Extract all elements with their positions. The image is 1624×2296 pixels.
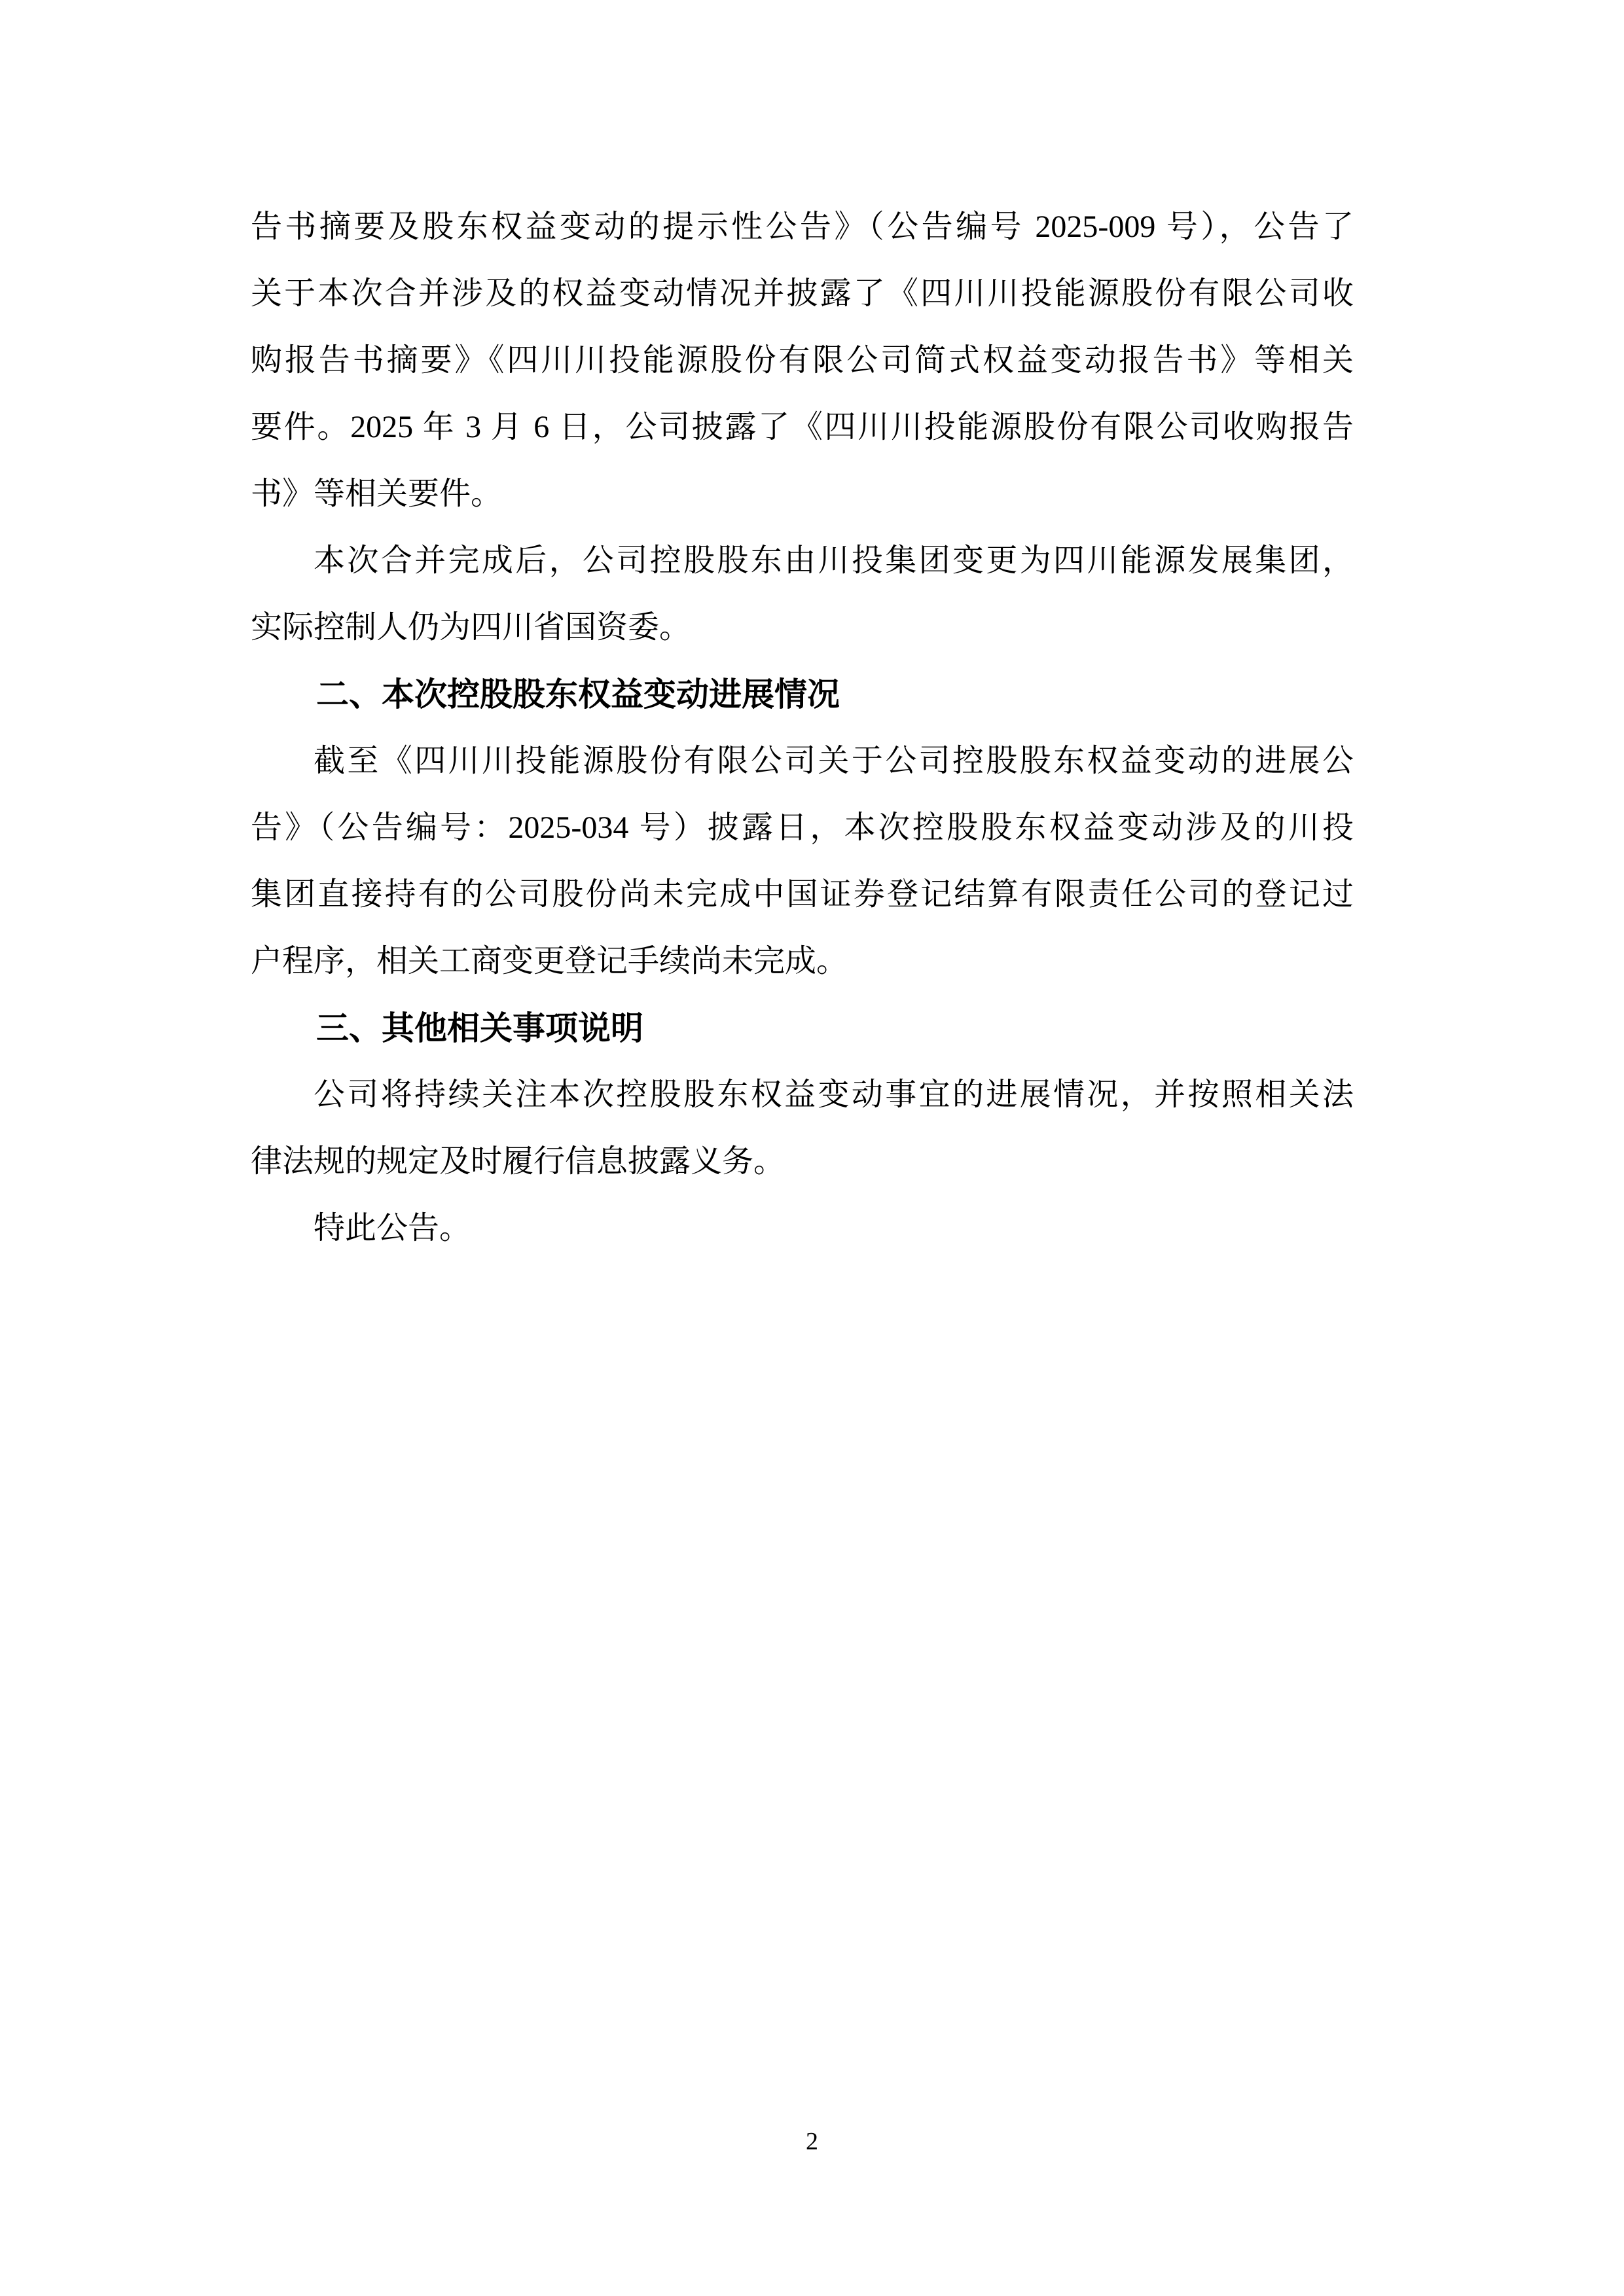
doc-line-1: 告书摘要及股东权益变动的提示性公告》（公告编号 2025-009 号），公告了	[251, 194, 1354, 260]
document-body: 告书摘要及股东权益变动的提示性公告》（公告编号 2025-009 号），公告了 …	[251, 194, 1354, 1262]
page: 告书摘要及股东权益变动的提示性公告》（公告编号 2025-009 号），公告了 …	[0, 0, 1624, 2296]
page-number: 2	[0, 2127, 1624, 2156]
doc-line-12: 户程序，相关工商变更登记手续尚未完成。	[251, 928, 1354, 995]
doc-line-10: 告》（公告编号：2025-034 号）披露日，本次控股股东权益变动涉及的川投	[251, 795, 1354, 861]
heading-section-2: 二、本次控股股东权益变动进展情况	[251, 661, 1354, 728]
doc-line-16: 特此公告。	[251, 1195, 1354, 1262]
doc-line-6: 本次合并完成后，公司控股股东由川投集团变更为四川能源发展集团，	[251, 528, 1354, 594]
doc-line-2: 关于本次合并涉及的权益变动情况并披露了《四川川投能源股份有限公司收	[251, 260, 1354, 327]
doc-line-14: 公司将持续关注本次控股股东权益变动事宜的进展情况，并按照相关法	[251, 1062, 1354, 1128]
doc-line-11: 集团直接持有的公司股份尚未完成中国证券登记结算有限责任公司的登记过	[251, 861, 1354, 928]
doc-line-4: 要件。2025 年 3 月 6 日，公司披露了《四川川投能源股份有限公司收购报告	[251, 394, 1354, 461]
doc-line-7: 实际控制人仍为四川省国资委。	[251, 594, 1354, 661]
doc-line-5: 书》等相关要件。	[251, 461, 1354, 528]
doc-line-3: 购报告书摘要》《四川川投能源股份有限公司简式权益变动报告书》等相关	[251, 327, 1354, 394]
doc-line-15: 律法规的规定及时履行信息披露义务。	[251, 1128, 1354, 1195]
doc-line-9: 截至《四川川投能源股份有限公司关于公司控股股东权益变动的进展公	[251, 728, 1354, 795]
heading-section-3: 三、其他相关事项说明	[251, 995, 1354, 1062]
